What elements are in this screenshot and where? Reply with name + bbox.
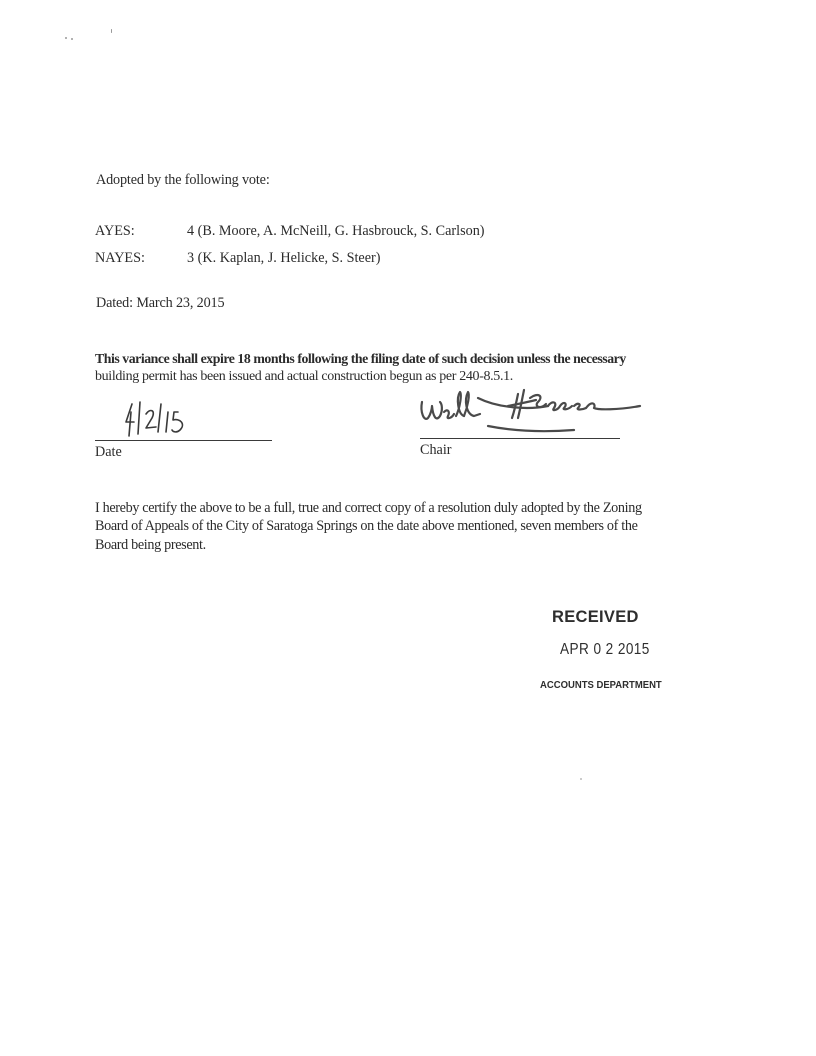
handwritten-date [120,398,210,440]
certification-line-2: Board of Appeals of the City of Saratoga… [95,517,638,535]
nayes-value: 3 (K. Kaplan, J. Helicke, S. Steer) [187,250,380,267]
date-label: Date [95,444,122,461]
variance-text-line-1: This variance shall expire 18 months fol… [95,350,626,368]
scan-speck [580,778,582,780]
received-stamp-department: ACCOUNTS DEPARTMENT [540,680,662,691]
document-page: Adopted by the following vote: AYES: 4 (… [0,0,816,1056]
date-signature-line [95,440,272,441]
nayes-label: NAYES: [95,250,145,267]
dated-line: Dated: March 23, 2015 [96,294,224,312]
adopted-heading: Adopted by the following vote: [96,171,270,189]
scan-speck [71,38,73,40]
scan-speck [65,37,67,39]
scan-speck [111,29,112,33]
received-stamp-title: RECEIVED [552,608,639,627]
chair-label: Chair [420,442,452,459]
certification-line-3: Board being present. [95,536,206,554]
chair-signature-line [420,438,620,439]
received-stamp-date: APR 0 2 2015 [560,641,650,659]
ayes-label: AYES: [95,223,135,240]
ayes-value: 4 (B. Moore, A. McNeill, G. Hasbrouck, S… [187,223,485,240]
variance-text-line-2: building permit has been issued and actu… [95,368,513,386]
chair-signature [418,388,648,436]
certification-line-1: I hereby certify the above to be a full,… [95,499,642,517]
